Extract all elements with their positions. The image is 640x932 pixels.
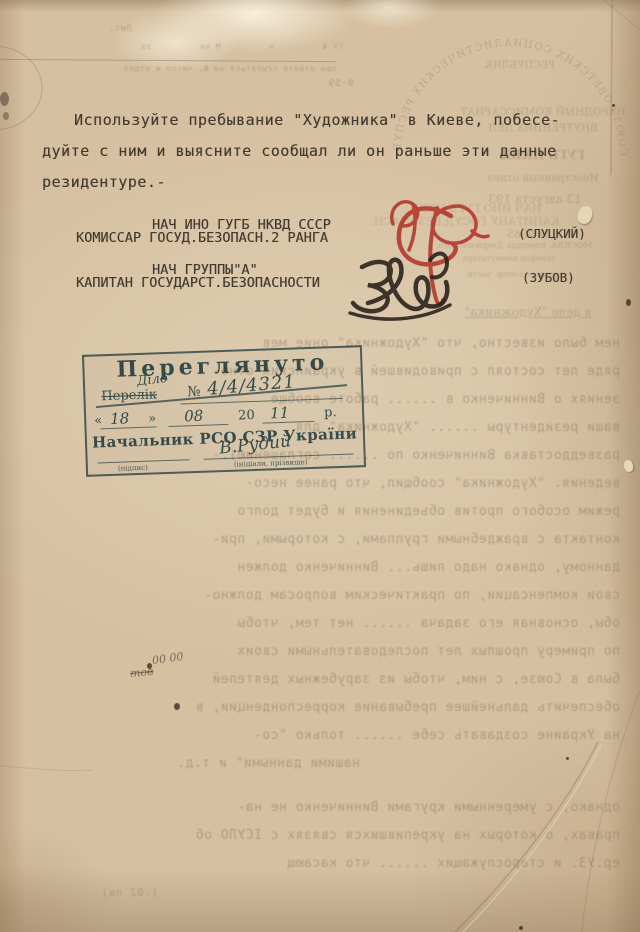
stamp-handwritten-label: Діло: [136, 371, 168, 389]
stamp-year-suffix: р.: [324, 405, 337, 420]
edge-mark: [3, 112, 9, 120]
stamp-underline: [168, 424, 228, 427]
official-title-line: КОМИССАР ГОСУД.БЕЗОПАСН.2 РАНГА: [76, 230, 328, 246]
review-stamp: Переглянуто Діло Перелік № 4/4/4321 « 18…: [82, 345, 366, 477]
edge-mark: [0, 92, 9, 106]
paragraph-line: дуйте с ним и выясните сообщал ли он ран…: [42, 142, 557, 160]
official-title-line: КАПИТАН ГОСУДАРСТ.БЕЗОПАСНОСТИ: [76, 275, 320, 291]
stamp-underline: [181, 398, 343, 405]
stamp-underline: [98, 459, 190, 463]
stamp-century: 20: [238, 408, 255, 424]
stamp-label-name: (ініціали, прізвище): [234, 458, 308, 469]
official-name: (СЛУЦКИЙ): [518, 226, 586, 241]
stamp-underline: [101, 426, 157, 429]
stamp-label-signature: (підпис): [118, 464, 148, 473]
pencil-mark: 00 00: [151, 650, 184, 667]
stamp-quote-close: »: [148, 411, 156, 426]
ink-speck: [626, 299, 631, 306]
ink-speck: [519, 926, 523, 930]
stamp-month: 08: [184, 407, 204, 426]
stamp-day: 18: [110, 409, 130, 428]
stamp-year: 11: [270, 404, 290, 423]
official-name: (ЗУБОВ): [522, 270, 575, 285]
stamp-quote-open: «: [94, 413, 102, 428]
ink-speck: [174, 703, 180, 710]
paragraph-line: резидентуре.-: [42, 173, 166, 191]
ink-speck: [612, 104, 615, 107]
ink-speck: [566, 757, 569, 760]
ink-speck: [147, 663, 152, 669]
scanned-document-page: СОЮЗ СОВЕТСКИХ СОЦИАЛИСТИЧЕСКИХ РЕСПУБЛИ…: [0, 0, 640, 932]
paragraph-line: Используйте пребывание "Художника" в Кие…: [74, 111, 560, 129]
